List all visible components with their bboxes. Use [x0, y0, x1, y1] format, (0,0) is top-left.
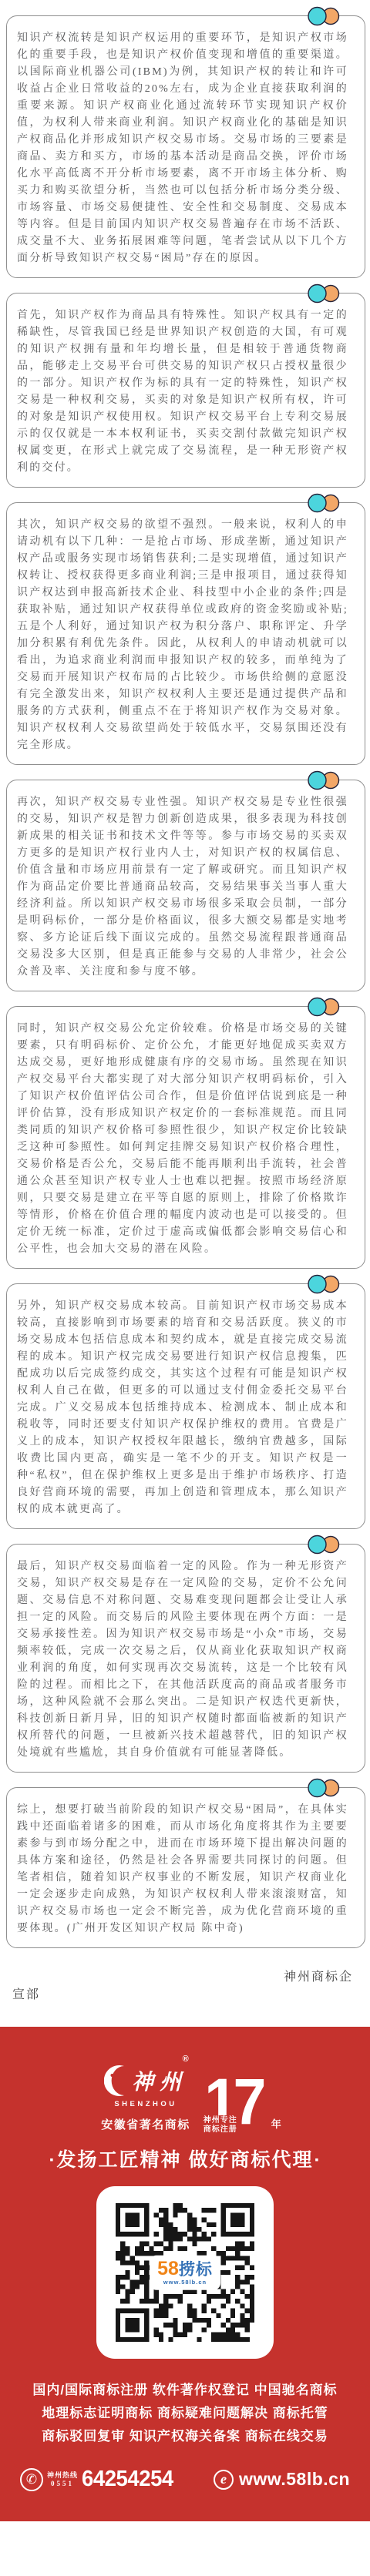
paragraph-text: 知识产权流转是知识产权运用的重要环节，是知识产权市场化的重要手段，也是知识产权价…	[17, 30, 348, 267]
brand-name-en: SHENZHOU	[101, 2100, 190, 2108]
banner-slogan: ▪发扬工匠精神 做好商标代理▪	[0, 2145, 370, 2172]
article-card-conclusion: 综上，想要打破当前阶段的知识产权交易“困局”，在具体实践中还面临着诸多的困难，而…	[6, 1787, 365, 1948]
article-card-intro: 知识产权流转是知识产权运用的重要环节，是知识产权市场化的重要手段，也是知识产权价…	[6, 15, 365, 278]
services-list: 国内/国际商标注册 软件著作权登记 中国驰名商标 地理标志证明商标 商标疑难问题…	[0, 2379, 370, 2448]
brand-name-cn: 神州	[129, 2065, 187, 2096]
hotline-area-code: 0551	[51, 2480, 74, 2487]
hotline-block: ✆ 神州热线 0551 64254254	[20, 2467, 178, 2492]
years-badge: 17 神州专注 商标注册 年	[203, 2072, 269, 2132]
services-line-3: 商标驳回复审 知识产权海关备案 商标在线交易	[0, 2425, 370, 2448]
paragraph-text: 再次，知识产权交易专业性强。知识产权交易是专业性很强的交易，知识产权是智力创新创…	[17, 794, 348, 981]
article-card-third: 再次，知识产权交易专业性强。知识产权交易是专业性很强的交易，知识产权是智力创新创…	[6, 780, 365, 991]
overlapping-circles-icon	[307, 997, 341, 1017]
overlapping-circles-icon	[307, 283, 341, 304]
qr-center-url: www.58lb.cn	[157, 2279, 213, 2286]
logo-laobiao: 捞标	[179, 2261, 213, 2279]
author-signature: 神州商标企宣部	[6, 1968, 365, 2004]
bottom-whitespace	[0, 2521, 370, 2576]
slogan-text: 发扬工匠精神 做好商标代理	[57, 2149, 314, 2171]
website-url: www.58lb.cn	[239, 2469, 350, 2490]
article-card-sixth: 最后，知识产权交易面临着一定的风险。作为一种无形资产交易，知识产权交易是存在一定…	[6, 1544, 365, 1773]
services-line-1: 国内/国际商标注册 软件著作权登记 中国驰名商标	[0, 2379, 370, 2402]
article-card-fourth: 同时，知识产权交易公允定价较难。价格是市场交易的关键要素，只有明码标价、定价公允…	[6, 1006, 365, 1269]
logo-58: 58	[157, 2258, 179, 2279]
overlapping-circles-icon	[307, 493, 341, 513]
article-body: 知识产权流转是知识产权运用的重要环节，是知识产权市场化的重要手段，也是知识产权价…	[0, 0, 370, 2004]
years-caption: 神州专注 商标注册	[203, 2115, 239, 2135]
paragraph-text: 综上，想要打破当前阶段的知识产权交易“困局”，在具体实践中还面临着诸多的困难，而…	[17, 1802, 348, 1937]
e-circle-icon: e	[214, 2470, 234, 2490]
brand-mark: ® 神州	[101, 2062, 190, 2099]
brand-logo-row: ® 神州 SHENZHOU 安徽省著名商标 17 神州专注 商标注册 年	[0, 2062, 370, 2132]
brand-logo: ® 神州 SHENZHOU 安徽省著名商标	[101, 2062, 190, 2132]
years-caption-line2: 商标注册	[203, 2125, 237, 2134]
overlapping-circles-icon	[307, 6, 341, 26]
years-suffix: 年	[271, 2116, 281, 2131]
years-caption-line1: 神州专注	[203, 2116, 237, 2125]
contact-row: ✆ 神州热线 0551 64254254 e www.58lb.cn	[0, 2467, 370, 2492]
article-card-fifth: 另外，知识产权交易成本较高。目前知识产权市场交易成本较高，直接影响到市场要素的培…	[6, 1283, 365, 1529]
overlapping-circles-icon	[307, 1535, 341, 1555]
paragraph-text: 另外，知识产权交易成本较高。目前知识产权市场交易成本较高，直接影响到市场要素的培…	[17, 1298, 348, 1518]
paragraph-text: 最后，知识产权交易面临着一定的风险。作为一种无形资产交易，知识产权交易是存在一定…	[17, 1558, 348, 1762]
qr-center-logo: 58捞标 www.58lb.cn	[152, 2258, 218, 2288]
paragraph-text: 同时，知识产权交易公允定价较难。价格是市场交易的关键要素，只有明码标价、定价公允…	[17, 1021, 348, 1258]
brand-award-label: 安徽省著名商标	[101, 2116, 190, 2132]
slogan-bullet-left: ▪	[49, 2153, 57, 2165]
hotline-labels: 神州热线 0551	[47, 2472, 78, 2487]
slogan-bullet-right: ▪	[313, 2153, 321, 2165]
overlapping-circles-icon	[307, 770, 341, 790]
services-line-2: 地理标志证明商标 商标疑难问题解决 商标托管	[0, 2402, 370, 2425]
overlapping-circles-icon	[307, 1274, 341, 1294]
page: 知识产权流转是知识产权运用的重要环节，是知识产权市场化的重要手段，也是知识产权价…	[0, 0, 370, 2576]
hotline-number: 64254254	[82, 2467, 173, 2492]
overlapping-circles-icon	[307, 1778, 341, 1798]
paragraph-text: 首先，知识产权作为商品具有特殊性。知识产权具有一定的稀缺性，尽管我国已经是世界知…	[17, 307, 348, 477]
website-block: e www.58lb.cn	[214, 2469, 350, 2490]
article-card-second: 其次，知识产权交易的欲望不强烈。一般来说，权利人的申请动机有以下几种：一是抢占市…	[6, 502, 365, 765]
registered-mark: ®	[183, 2054, 189, 2064]
phone-icon: ✆	[20, 2468, 43, 2491]
qr-code: 58捞标 www.58lb.cn	[96, 2186, 274, 2359]
hotline-label: 神州热线	[47, 2472, 78, 2479]
article-card-first: 首先，知识产权作为商品具有特殊性。知识产权具有一定的稀缺性，尽管我国已经是世界知…	[6, 293, 365, 488]
dove-crescent-icon	[104, 2062, 127, 2099]
paragraph-text: 其次，知识产权交易的欲望不强烈。一般来说，权利人的申请动机有以下几种：一是抢占市…	[17, 517, 348, 754]
promo-banner: ® 神州 SHENZHOU 安徽省著名商标 17 神州专注 商标注册 年 ▪发扬…	[0, 2027, 370, 2521]
